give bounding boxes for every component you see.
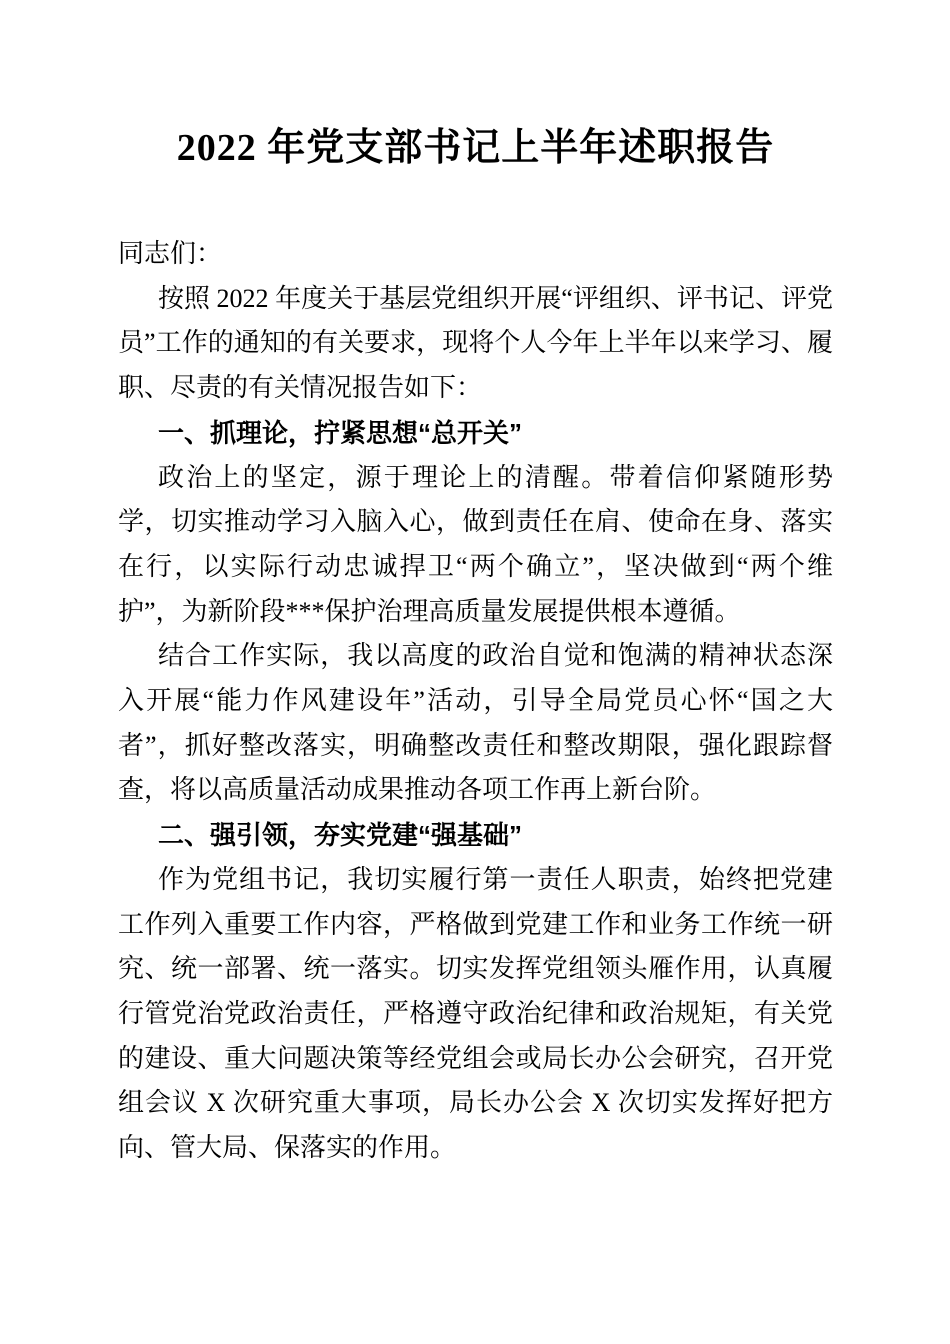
- document-title: 2022 年党支部书记上半年述职报告: [118, 124, 833, 172]
- paragraph-intro: 按照 2022 年度关于基层党组织开展“评组织、评书记、评党员”工作的通知的有关…: [118, 277, 833, 411]
- document-page: 2022 年党支部书记上半年述职报告 同志们： 按照 2022 年度关于基层党组…: [0, 0, 950, 1344]
- paragraph-section1-b: 结合工作实际，我以高度的政治自觉和饱满的精神状态深入开展“能力作风建设年”活动，…: [118, 634, 833, 813]
- section-heading-2: 二、强引领，夯实党建“强基础”: [118, 813, 833, 858]
- paragraph-salutation: 同志们：: [118, 232, 833, 277]
- paragraph-section2-a: 作为党组书记，我切实履行第一责任人职责，始终把党建工作列入重要工作内容，严格做到…: [118, 858, 833, 1171]
- paragraph-section1-a: 政治上的坚定，源于理论上的清醒。带着信仰紧随形势学，切实推动学习入脑入心，做到责…: [118, 456, 833, 635]
- section-heading-1: 一、抓理论，拧紧思想“总开关”: [118, 411, 833, 456]
